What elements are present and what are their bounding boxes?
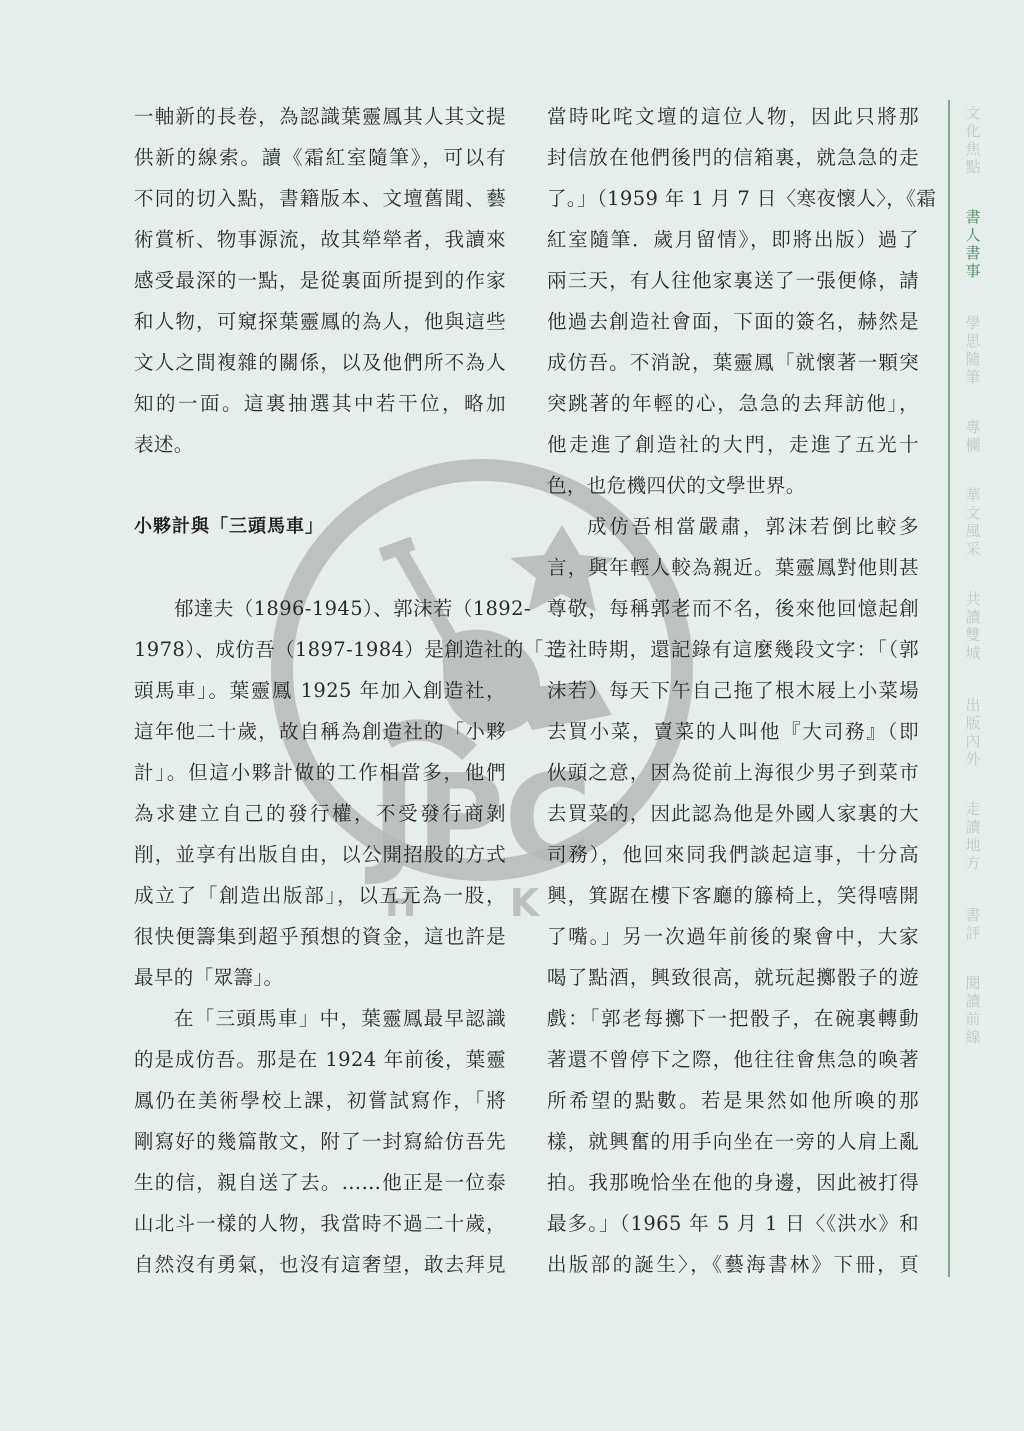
nav-item-2[interactable]: 書人書事 xyxy=(962,208,984,280)
nav-item-7[interactable]: 出版內外 xyxy=(962,696,984,768)
nav-item-1[interactable]: 文化焦點 xyxy=(962,104,984,176)
text-line: 尊敬，每稱郭老而不名，後來他回憶起創 xyxy=(547,588,919,629)
text-line: 言，與年輕人較為親近。葉靈鳳對他則甚 xyxy=(547,547,919,588)
paragraph-spacer xyxy=(134,547,506,588)
text-line: 所希望的點數。若是果然如他所喚的那 xyxy=(547,1080,919,1121)
text-line: 他走進了創造社的大門，走進了五光十 xyxy=(547,424,919,465)
text-line: 當時叱咤文壇的這位人物，因此只將那 xyxy=(547,96,919,137)
text-line: 鳳仍在美術學校上課，初嘗試寫作，「將 xyxy=(134,1080,506,1121)
nav-item-char: 化 xyxy=(962,122,984,140)
text-line: 封信放在他們後門的信箱裏，就急急的走 xyxy=(547,137,919,178)
section-heading: 小夥計與「三頭馬車」 xyxy=(134,506,506,547)
nav-item-char: 思 xyxy=(962,332,984,350)
nav-item-char: 筆 xyxy=(962,368,984,386)
article-right-column: 當時叱咤文壇的這位人物，因此只將那封信放在他們後門的信箱裏，就急急的走了。」（1… xyxy=(547,96,919,1285)
text-line: 喝了點酒，興致很高，就玩起擲骰子的遊 xyxy=(547,957,919,998)
text-line: 了。」（1959 年 1 月 7 日〈寒夜懷人〉，《霜 xyxy=(547,178,919,219)
nav-item-char: 讀 xyxy=(962,992,984,1010)
nav-item-8[interactable]: 走讀地方 xyxy=(962,800,984,872)
text-line: 紅室隨筆．歲月留情》，即將出版）過了 xyxy=(547,219,919,260)
text-line: 一軸新的長卷，為認識葉靈鳳其人其文提 xyxy=(134,96,506,137)
text-line: 成仿吾。不消說，葉靈鳳「就懷著一顆突 xyxy=(547,342,919,383)
text-line: 著還不曾停下之際，他往往會焦急的喚著 xyxy=(547,1039,919,1080)
nav-item-char: 線 xyxy=(962,1028,984,1046)
nav-item-char: 點 xyxy=(962,158,984,176)
nav-item-5[interactable]: 華文風采 xyxy=(962,486,984,558)
text-line: 兩三天，有人往他家裏送了一張便條，請 xyxy=(547,260,919,301)
text-line: 生的信，親自送了去。……他正是一位泰 xyxy=(134,1162,506,1203)
nav-item-char: 華 xyxy=(962,486,984,504)
nav-item-char: 共 xyxy=(962,590,984,608)
nav-item-char: 地 xyxy=(962,836,984,854)
nav-item-char: 評 xyxy=(962,924,984,942)
nav-item-4[interactable]: 專欄 xyxy=(962,418,984,454)
text-line: 造社時期，還記錄有這麼幾段文字：「（郭 xyxy=(547,629,919,670)
text-line: 突跳著的年輕的心，急急的去拜訪他」， xyxy=(547,383,919,424)
text-line: 他過去創造社會面，下面的簽名，赫然是 xyxy=(547,301,919,342)
text-line: 表述。 xyxy=(134,424,506,465)
text-line: 興，箕踞在樓下客廳的籐椅上，笑得嘻開 xyxy=(547,875,919,916)
nav-item-char: 讀 xyxy=(962,608,984,626)
text-line: 計」。但這小夥計做的工作相當多，他們 xyxy=(134,752,506,793)
text-line: 沫若）每天下午自己拖了根木屐上小菜場 xyxy=(547,670,919,711)
nav-item-6[interactable]: 共讀雙城 xyxy=(962,590,984,662)
text-line: 成仿吾相當嚴肅，郭沫若倒比較多 xyxy=(547,506,919,547)
text-line: 自然沒有勇氣，也沒有這奢望，敢去拜見 xyxy=(134,1244,506,1285)
nav-item-char: 走 xyxy=(962,800,984,818)
paragraph-spacer xyxy=(134,465,506,506)
nav-item-char: 文 xyxy=(962,104,984,122)
nav-item-char: 人 xyxy=(962,226,984,244)
text-line: 知的一面。這裏抽選其中若干位，略加 xyxy=(134,383,506,424)
text-line: 削，並享有出版自由，以公開招股的方式 xyxy=(134,834,506,875)
text-line: 出版部的誕生〉，《藝海書林》下冊，頁 xyxy=(547,1244,919,1285)
nav-item-char: 雙 xyxy=(962,626,984,644)
nav-item-char: 隨 xyxy=(962,350,984,368)
text-line: 去買菜的，因此認為他是外國人家裏的大 xyxy=(547,793,919,834)
text-line: 很快便籌集到超乎預想的資金，這也許是 xyxy=(134,916,506,957)
nav-item-char: 書 xyxy=(962,208,984,226)
nav-item-char: 方 xyxy=(962,854,984,872)
nav-item-char: 內 xyxy=(962,732,984,750)
text-line: 供新的線索。讀《霜紅室隨筆》，可以有 xyxy=(134,137,506,178)
text-line: 伙頭之意，因為從前上海很少男子到菜市 xyxy=(547,752,919,793)
article-left-column: 一軸新的長卷，為認識葉靈鳳其人其文提供新的線索。讀《霜紅室隨筆》，可以有不同的切… xyxy=(134,96,506,1285)
text-line: 剛寫好的幾篇散文，附了一封寫給仿吾先 xyxy=(134,1121,506,1162)
text-line: 不同的切入點，書籍版本、文壇舊聞、藝 xyxy=(134,178,506,219)
text-line: 和人物，可窺探葉靈鳳的為人，他與這些 xyxy=(134,301,506,342)
text-line: 這年他二十歲，故自稱為創造社的「小夥 xyxy=(134,711,506,752)
text-line: 山北斗一樣的人物，我當時不過二十歲， xyxy=(134,1203,506,1244)
nav-item-char: 風 xyxy=(962,522,984,540)
text-line: 色，也危機四伏的文學世界。 xyxy=(547,465,919,506)
text-line: 在「三頭馬車」中，葉靈鳳最早認識 xyxy=(134,998,506,1039)
text-line: 的是成仿吾。那是在 1924 年前後，葉靈 xyxy=(134,1039,506,1080)
nav-item-char: 版 xyxy=(962,714,984,732)
text-line: 感受最深的一點，是從裏面所提到的作家 xyxy=(134,260,506,301)
text-line: 去買小菜，賣菜的人叫他『大司務』（即 xyxy=(547,711,919,752)
nav-item-char: 外 xyxy=(962,750,984,768)
nav-item-10[interactable]: 閱讀前線 xyxy=(962,974,984,1046)
text-line: 最多。」（1965 年 5 月 1 日〈《洪水》和 xyxy=(547,1203,919,1244)
text-line: 拍。我那晚恰坐在他的身邊，因此被打得 xyxy=(547,1162,919,1203)
text-line: 成立了「創造出版部」，以五元為一股， xyxy=(134,875,506,916)
nav-item-char: 讀 xyxy=(962,818,984,836)
text-line: 樣，就興奮的用手向坐在一旁的人肩上亂 xyxy=(547,1121,919,1162)
text-line: 術賞析、物事源流，故其犖犖者，我讀來 xyxy=(134,219,506,260)
text-line: 為求建立自己的發行權，不受發行商剝 xyxy=(134,793,506,834)
nav-item-char: 書 xyxy=(962,244,984,262)
text-line: 郁達夫（1896-1945）、郭沫若（1892- xyxy=(134,588,506,629)
text-line: 司務），他回來同我們談起這事，十分高 xyxy=(547,834,919,875)
nav-item-char: 閱 xyxy=(962,974,984,992)
nav-item-char: 書 xyxy=(962,906,984,924)
nav-item-char: 城 xyxy=(962,644,984,662)
nav-item-char: 焦 xyxy=(962,140,984,158)
nav-item-9[interactable]: 書評 xyxy=(962,906,984,942)
text-line: 1978）、成仿吾（1897-1984）是創造社的「三 xyxy=(134,629,506,670)
nav-item-char: 學 xyxy=(962,314,984,332)
text-line: 了嘴。」另一次過年前後的聚會中，大家 xyxy=(547,916,919,957)
text-line: 最早的「眾籌」。 xyxy=(134,957,506,998)
nav-item-char: 采 xyxy=(962,540,984,558)
text-line: 頭馬車」。葉靈鳳 1925 年加入創造社， xyxy=(134,670,506,711)
text-line: 戲：「郭老每擲下一把骰子，在碗裏轉動 xyxy=(547,998,919,1039)
nav-item-char: 文 xyxy=(962,504,984,522)
nav-item-char: 出 xyxy=(962,696,984,714)
nav-item-char: 專 xyxy=(962,418,984,436)
nav-item-char: 事 xyxy=(962,262,984,280)
nav-item-char: 前 xyxy=(962,1010,984,1028)
text-line: 文人之間複雜的關係，以及他們所不為人 xyxy=(134,342,506,383)
nav-item-char: 欄 xyxy=(962,436,984,454)
section-nav-rule xyxy=(948,100,950,1277)
nav-item-3[interactable]: 學思隨筆 xyxy=(962,314,984,386)
